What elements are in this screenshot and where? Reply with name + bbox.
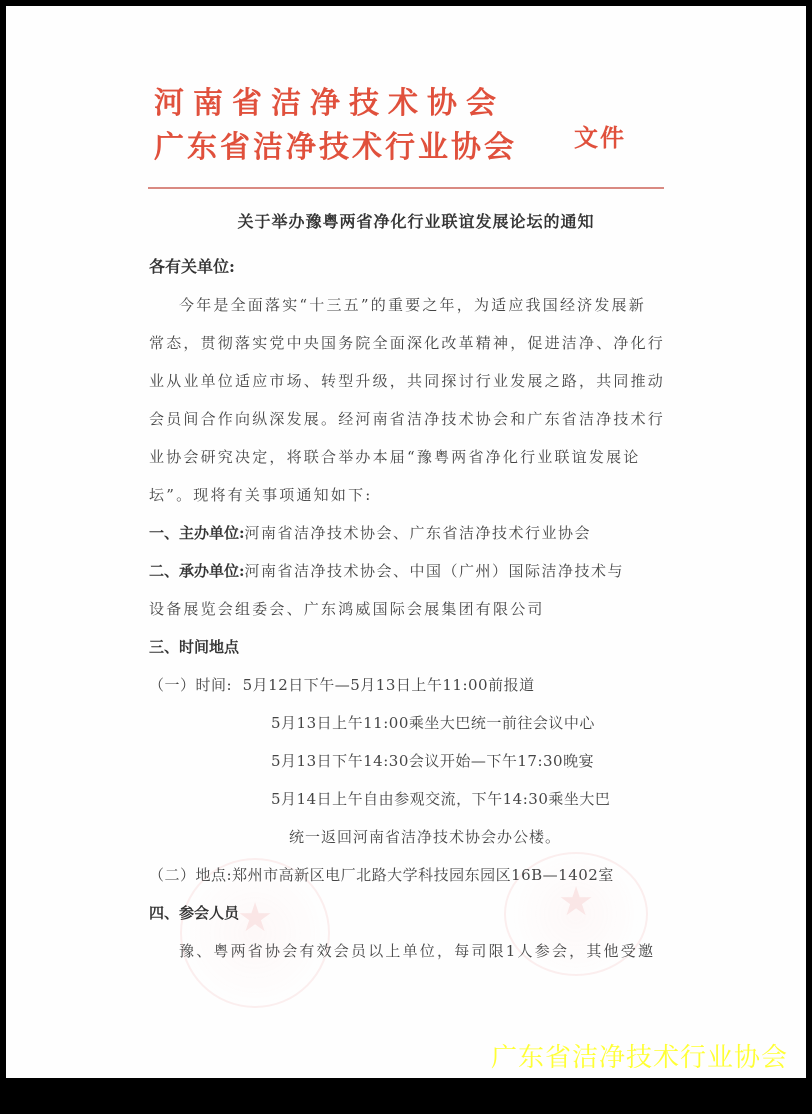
org-name-henan: 河南省洁净技术协会 <box>154 84 517 124</box>
section-label: 二、承办单位: <box>149 562 245 580</box>
watermark-text: 广东省洁净技术行业协会 <box>491 1037 788 1074</box>
schedule-first-line: （一）时间: 5月12日下午—5月13日上午11:00前报道 <box>149 666 671 704</box>
section-co-organizer: 二、承办单位:河南省洁净技术协会、中国（广州）国际洁净技术与 <box>149 552 671 590</box>
schedule-item: 5月13日上午11:00乘坐大巴统一前往会议中心 <box>149 704 671 742</box>
schedule-item: 5月14日上午自由参观交流，下午14:30乘坐大巴 <box>149 780 671 818</box>
schedule-item: 5月13日下午14:30会议开始—下午17:30晚宴 <box>149 742 671 780</box>
section-participants-heading: 四、参会人员 <box>149 894 671 932</box>
schedule-item: 5月12日下午—5月13日上午11:00前报道 <box>243 676 535 694</box>
document-title: 关于举办豫粤两省净化行业联谊发展论坛的通知 <box>146 209 686 232</box>
intro-line: 业协会研究决定，将联合举办本届“豫粤两省净化行业联谊发展论 <box>149 438 671 476</box>
document-body: 各有关单位: 今年是全面落实“十三五”的重要之年，为适应我国经济发展新 常态，贯… <box>149 248 671 970</box>
place-address: 郑州市高新区电厂北路大学科技园东园区16B—1402室 <box>232 866 614 884</box>
section-organizer: 一、主办单位:河南省洁净技术协会、广东省洁净技术行业协会 <box>149 514 671 552</box>
salutation: 各有关单位: <box>149 248 671 286</box>
letterhead: 河南省洁净技术协会 广东省洁净技术行业协会 <box>154 84 517 168</box>
schedule-item: 统一返回河南省洁净技术协会办公楼。 <box>149 818 671 856</box>
section-text: 河南省洁净技术协会、广东省洁净技术行业协会 <box>245 524 592 542</box>
section-text: 河南省洁净技术协会、中国（广州）国际洁净技术与 <box>245 562 625 580</box>
intro-line: 今年是全面落实“十三五”的重要之年，为适应我国经济发展新 <box>149 286 671 324</box>
section-text-continued: 设备展览会组委会、广东鸿威国际会展集团有限公司 <box>149 590 671 628</box>
time-label: （一）时间: <box>149 676 232 694</box>
section-time-place-heading: 三、时间地点 <box>149 628 671 666</box>
place-line: （二）地点:郑州市高新区电厂北路大学科技园东园区16B—1402室 <box>149 856 671 894</box>
doc-type-label: 文件 <box>574 118 626 153</box>
document-page: ★ ★ 河南省洁净技术协会 广东省洁净技术行业协会 文件 关于举办豫粤两省净化行… <box>6 6 806 1078</box>
intro-line: 业从业单位适应市场、转型升级，共同探讨行业发展之路，共同推动 <box>149 362 671 400</box>
org-name-guangdong: 广东省洁净技术行业协会 <box>154 128 517 168</box>
place-label: （二）地点: <box>149 866 232 884</box>
intro-line: 常态，贯彻落实党中央国务院全面深化改革精神，促进洁净、净化行 <box>149 324 671 362</box>
intro-line: 坛”。现将有关事项通知如下: <box>149 476 671 514</box>
header-divider <box>148 187 664 189</box>
section-label: 一、主办单位: <box>149 524 245 542</box>
intro-line: 会员间合作向纵深发展。经河南省洁净技术协会和广东省洁净技术行 <box>149 400 671 438</box>
participants-text: 豫、粤两省协会有效会员以上单位，每司限1人参会，其他受邀 <box>149 932 671 970</box>
